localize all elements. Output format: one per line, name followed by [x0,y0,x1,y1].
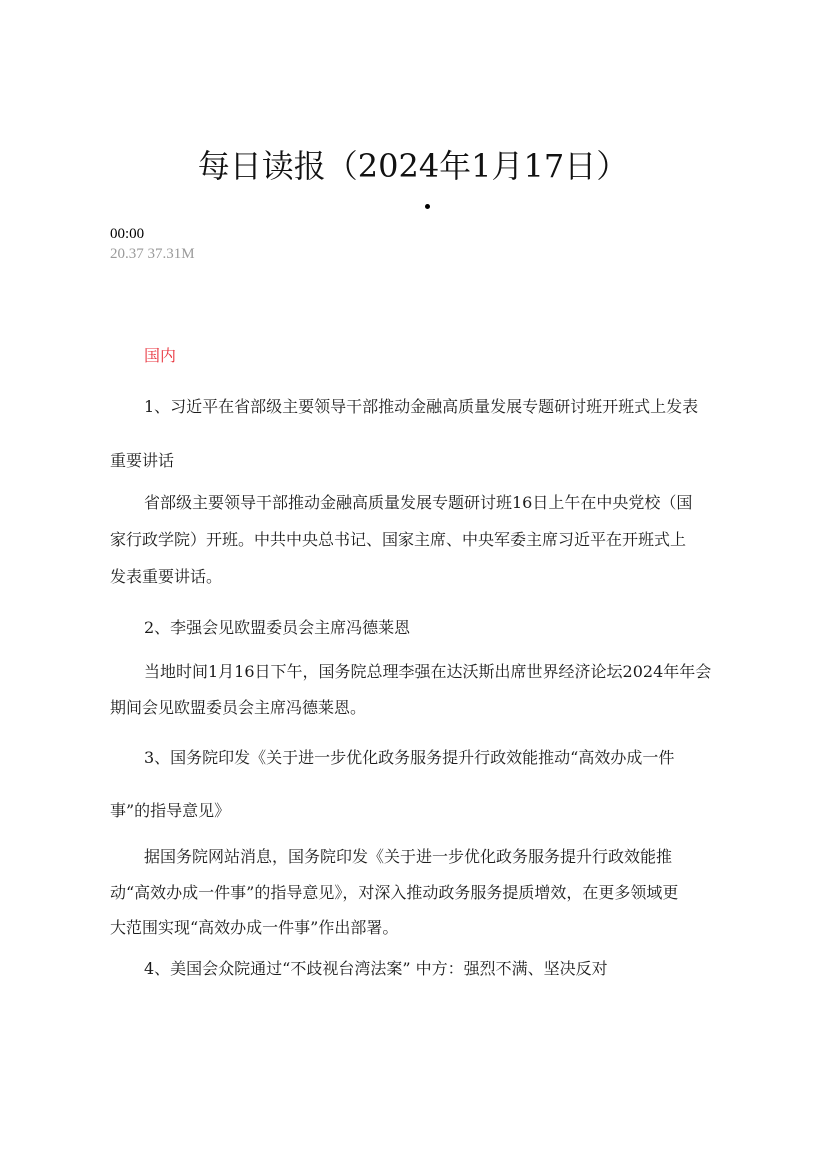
section-label: 国内 [144,345,176,367]
paragraph-1-line-1: 省部级主要领导干部推动金融高质量发展专题研讨班16日上午在中央党校（国 [144,492,692,514]
paragraph-1-line-2: 家行政学院）开班。中共中央总书记、国家主席、中央军委主席习近平在开班式上 [110,529,686,551]
audio-time: 00:00 [110,224,144,244]
paragraph-2-line-2: 期间会见欧盟委员会主席冯德莱恩。 [110,697,366,719]
paragraph-3-line-3: 大范围实现“高效办成一件事”作出部署。 [110,917,398,939]
audio-meta: 20.37 37.31M [110,244,195,264]
paragraph-3-line-2: 动“高效办成一件事”的指导意见》，对深入推动政务服务提质增效，在更多领域更 [110,882,678,904]
headline-1: 1、习近平在省部级主要领导干部推动金融高质量发展专题研讨班开班式上发表 [144,396,698,418]
headline-2: 2、李强会见欧盟委员会主席冯德莱恩 [144,617,410,639]
bullet-dot [425,204,430,209]
paragraph-1-line-3: 发表重要讲话。 [110,566,222,588]
headline-3: 3、国务院印发《关于进一步优化政务服务提升行政效能推动“高效办成一件 [144,747,674,769]
paragraph-2-line-1: 当地时间1月16日下午，国务院总理李强在达沃斯出席世界经济论坛2024年年会 [144,661,711,683]
headline-1-cont: 重要讲话 [110,450,174,472]
headline-3-cont: 事”的指导意见》 [110,800,230,822]
page-title: 每日读报（2024年1月17日） [0,146,826,186]
headline-4: 4、美国会众院通过“不歧视台湾法案” 中方：强烈不满、坚决反对 [144,958,608,980]
paragraph-3-line-1: 据国务院网站消息，国务院印发《关于进一步优化政务服务提升行政效能推 [144,846,672,868]
